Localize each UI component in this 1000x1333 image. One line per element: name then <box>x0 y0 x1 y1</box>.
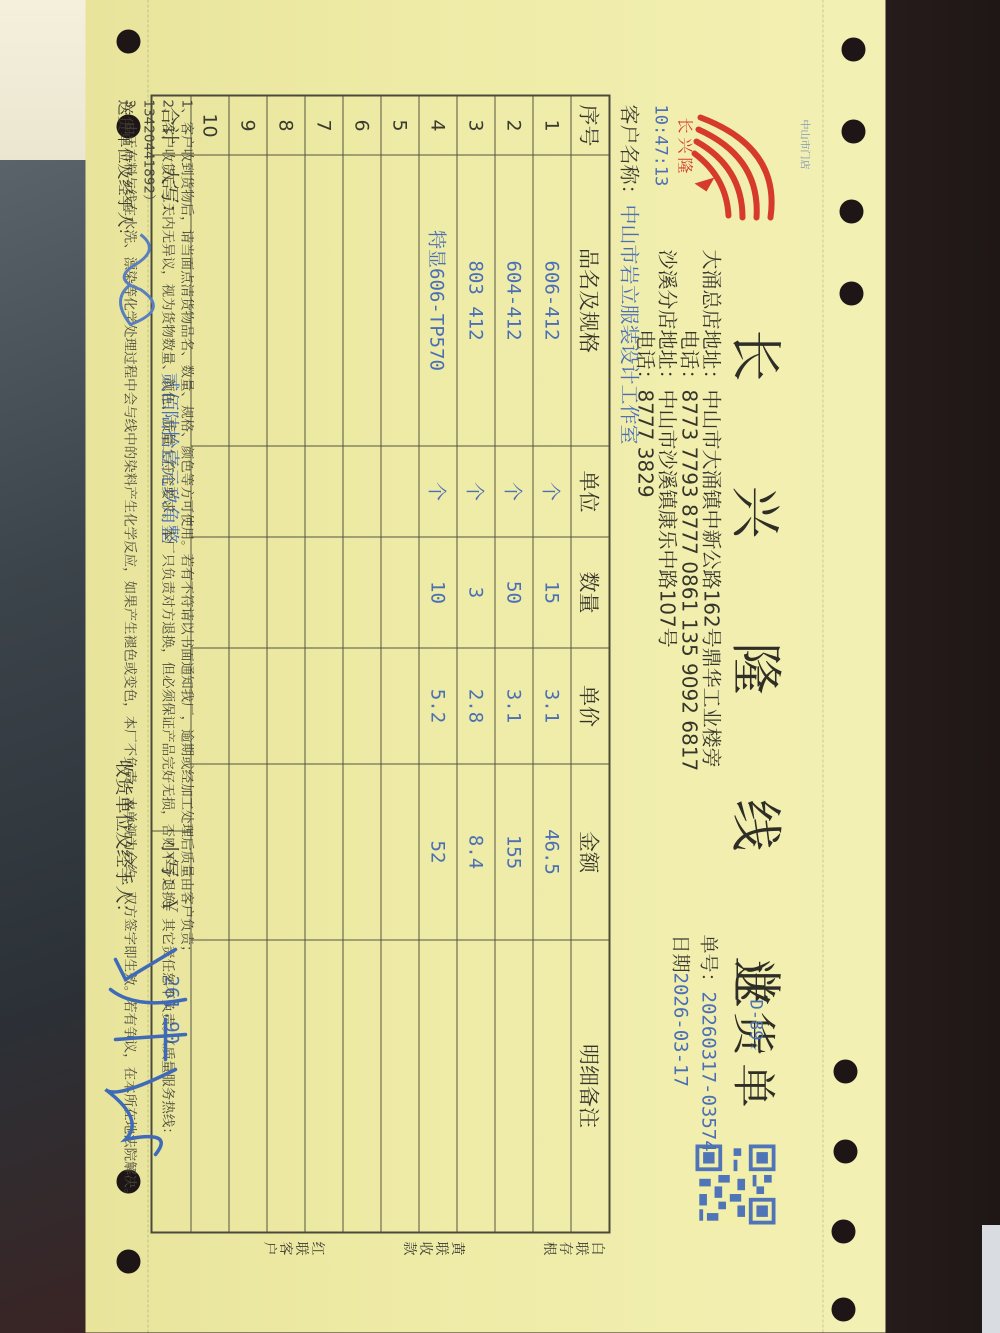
delivery-note: 中山市门店 长兴隆 10:47:13 长 兴 隆 线 业 送货单 大涌总店地址：… <box>86 0 886 1333</box>
receiver-signature-label: 收货单位及经手人： <box>112 760 138 922</box>
row-price: 3.1 <box>534 649 571 765</box>
table-row: 1 606-412 个 15 3.1 46.5 <box>533 97 571 1232</box>
feed-hole <box>832 1298 856 1322</box>
row-no: 8 <box>268 97 305 156</box>
table-row: 5 <box>381 97 419 1232</box>
row-unit: 个 <box>496 447 533 538</box>
feed-hole <box>834 1140 858 1164</box>
document-number: 单号：20260317-03574 <box>697 935 724 1152</box>
row-price: 5.2 <box>420 649 457 765</box>
feed-hole <box>117 30 141 54</box>
header-amount: 金额 <box>572 765 609 941</box>
row-no: 1 <box>534 97 571 156</box>
feed-hole <box>840 282 864 306</box>
receiver-signature-icon <box>96 940 206 1170</box>
row-no: 2 <box>496 97 533 156</box>
customer-name: 客户名称：中山市岩立服装设计工作室 <box>617 105 646 445</box>
document-date: 日期2026-03-17 <box>669 935 696 1087</box>
row-unit: 个 <box>420 447 457 538</box>
qr-code-icon <box>696 1145 776 1225</box>
table-row: 9 <box>229 97 267 1232</box>
row-qty: 10 <box>420 538 457 649</box>
row-no: 6 <box>344 97 381 156</box>
row-amount: 8.4 <box>458 765 495 941</box>
row-amount: 155 <box>496 765 533 941</box>
row-unit: 个 <box>458 447 495 538</box>
feed-hole <box>842 120 866 144</box>
table-row: 3 803 412 个 3 2.8 8.4 <box>457 97 495 1232</box>
row-qty: 3 <box>458 538 495 649</box>
header-note: 明细备注 <box>572 941 609 1232</box>
row-price: 2.8 <box>458 649 495 765</box>
row-note <box>420 941 457 1232</box>
copy-label-yellow: 黄联收款 <box>402 1238 466 1258</box>
items-table: 序号 品名及规格 单位 数量 单价 金额 明细备注 1 606-412 个 15… <box>151 95 611 1234</box>
row-note <box>534 941 571 1232</box>
header-unit: 单位 <box>572 447 609 538</box>
table-row: 4 特显606-TP570 个 10 5.2 52 <box>419 97 457 1232</box>
brand-name: 长兴隆 <box>675 118 698 178</box>
feed-hole <box>834 1060 858 1084</box>
background-paper-corner <box>982 1225 1000 1333</box>
row-no: 9 <box>230 97 267 156</box>
header-no: 序号 <box>572 97 609 156</box>
header-qty: 数量 <box>572 538 609 649</box>
row-qty: 15 <box>534 538 571 649</box>
copy-label-white: 白联存根 <box>542 1238 606 1258</box>
row-name: 803 412 <box>458 156 495 447</box>
row-no: 3 <box>458 97 495 156</box>
header-price: 单价 <box>572 649 609 765</box>
row-qty: 50 <box>496 538 533 649</box>
row-name: 604-412 <box>496 156 533 447</box>
row-amount: 52 <box>420 765 457 941</box>
row-no: 10 <box>192 97 229 156</box>
perforation-top <box>823 0 824 1333</box>
feed-hole <box>117 1250 141 1274</box>
row-note <box>458 941 495 1232</box>
table-row: 8 <box>267 97 305 1232</box>
row-name: 特显606-TP570 <box>420 156 457 447</box>
header-name: 品名及规格 <box>572 156 609 447</box>
serial-mark: D-89☆ <box>746 1000 766 1051</box>
row-no: 4 <box>420 97 457 156</box>
feed-hole <box>840 200 864 224</box>
row-price: 3.1 <box>496 649 533 765</box>
row-unit: 个 <box>534 447 571 538</box>
deliverer-signature-icon <box>111 230 181 340</box>
feed-hole <box>842 38 866 62</box>
row-no: 5 <box>382 97 419 156</box>
deliverer-signature-label: 送货单位及经手人： <box>115 100 138 244</box>
row-no: 7 <box>306 97 343 156</box>
print-time: 10:47:13 <box>651 105 671 187</box>
table-row: 6 <box>343 97 381 1232</box>
table-header-row: 序号 品名及规格 单位 数量 单价 金额 明细备注 <box>571 97 609 1232</box>
row-name: 606-412 <box>534 156 571 447</box>
table-row: 2 604-412 个 50 3.1 155 <box>495 97 533 1232</box>
logo-caption: 中山市门店 <box>799 120 814 170</box>
copy-label-red: 红联客户 <box>262 1238 326 1258</box>
row-amount: 46.5 <box>534 765 571 941</box>
table-row: 7 <box>305 97 343 1232</box>
feed-hole <box>832 1220 856 1244</box>
row-note <box>496 941 533 1232</box>
company-title: 长 兴 隆 线 业 <box>723 330 798 1052</box>
